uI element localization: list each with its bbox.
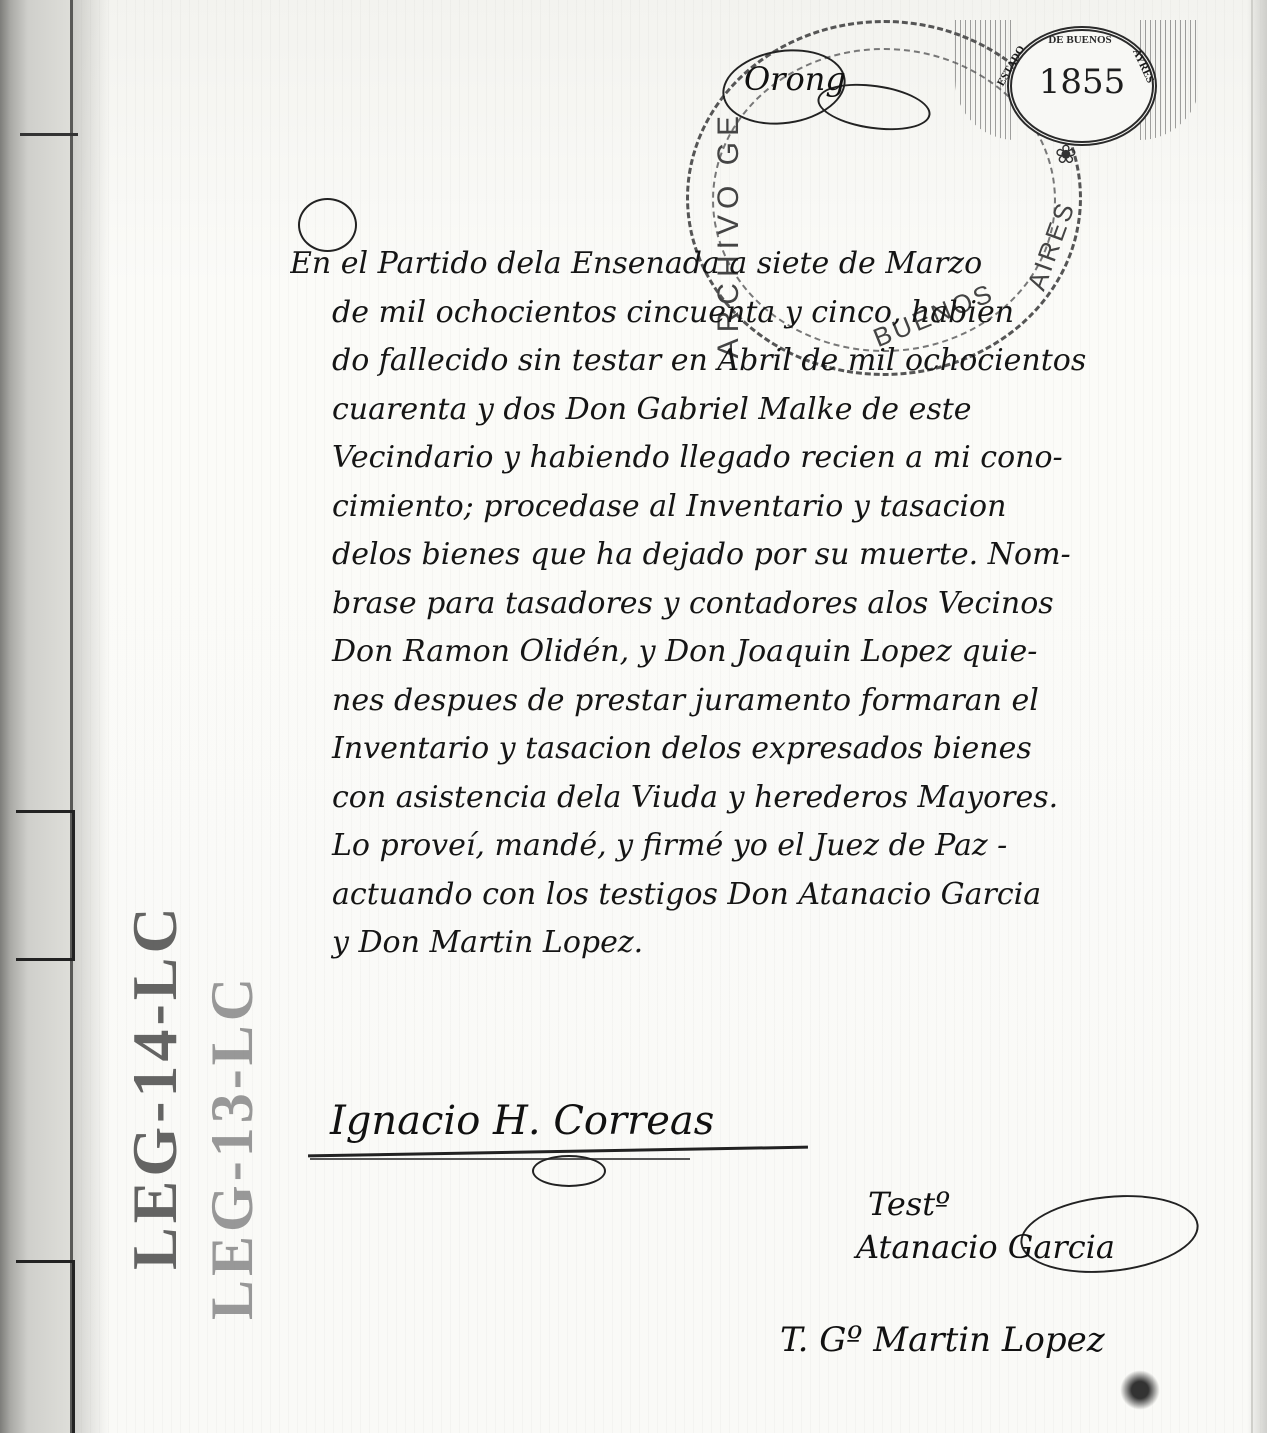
page-right-edge-line [1251, 0, 1253, 1433]
rubric-blot [1120, 1370, 1160, 1410]
witness-signature: T. Gº Martin Lopez [780, 1320, 1105, 1360]
text-line: actuando con los testigos Don Atanacio G… [290, 871, 1230, 920]
binding-shadow [70, 0, 110, 1433]
tax-stamp: DE BUENOS ESTADO AYRES 1855 ❀ [955, 0, 1185, 200]
text-line: brase para tasadores y contadores alos V… [290, 580, 1230, 629]
text-line: nes despues de prestar juramento formara… [290, 677, 1230, 726]
text-line: Don Ramon Olidén, y Don Joaquin Lopez qu… [290, 628, 1230, 677]
text-line: Lo proveí, mandé, y firmé yo el Juez de … [290, 822, 1230, 871]
stamp-top-text: DE BUENOS [1015, 34, 1145, 46]
text-line: cimiento; procedase al Inventario y tasa… [290, 483, 1230, 532]
binding-tab [16, 1260, 75, 1433]
legajo-stamp: LEG-13-LC [198, 700, 267, 1320]
text-line: y Don Martin Lopez. [290, 919, 1230, 968]
signature-underline [310, 1158, 690, 1160]
text-line: delos bienes que ha dejado por su muerte… [290, 531, 1230, 580]
binding-mark [20, 133, 78, 136]
text-line: con asistencia dela Viuda y herederos Ma… [290, 774, 1230, 823]
stamp-year: 1855 [1007, 62, 1157, 102]
decree-body: En el Partido dela Ensenada a siete de M… [290, 240, 1230, 968]
text-line: Vecindario y habiendo llegado recien a m… [290, 434, 1230, 483]
judge-signature: Ignacio H. Correas [330, 1098, 714, 1144]
binding-tab [16, 810, 75, 961]
text-line: do fallecido sin testar en Abril de mil … [290, 337, 1230, 386]
ribbon-knot-icon: ❀ [1055, 140, 1077, 170]
binding-edge [0, 0, 73, 1433]
text-line: Inventario y tasacion delos expresados b… [290, 725, 1230, 774]
page-right-edge [1247, 0, 1267, 1433]
witness-signature: Atanacio Garcia [856, 1228, 1115, 1266]
text-line: cuarenta y dos Don Gabriel Malke de este [290, 386, 1230, 435]
rubric-text: Orong [744, 60, 846, 98]
witness-label: Testº [868, 1185, 950, 1223]
text-line: En el Partido dela Ensenada a siete de M… [290, 240, 1230, 289]
signature-flourish [532, 1155, 606, 1187]
rubric-flourish: Orong [722, 40, 932, 140]
legajo-stamp: LEG-14-LC [118, 650, 192, 1270]
text-line: de mil ochocientos cincuenta y cinco, ha… [290, 289, 1230, 338]
